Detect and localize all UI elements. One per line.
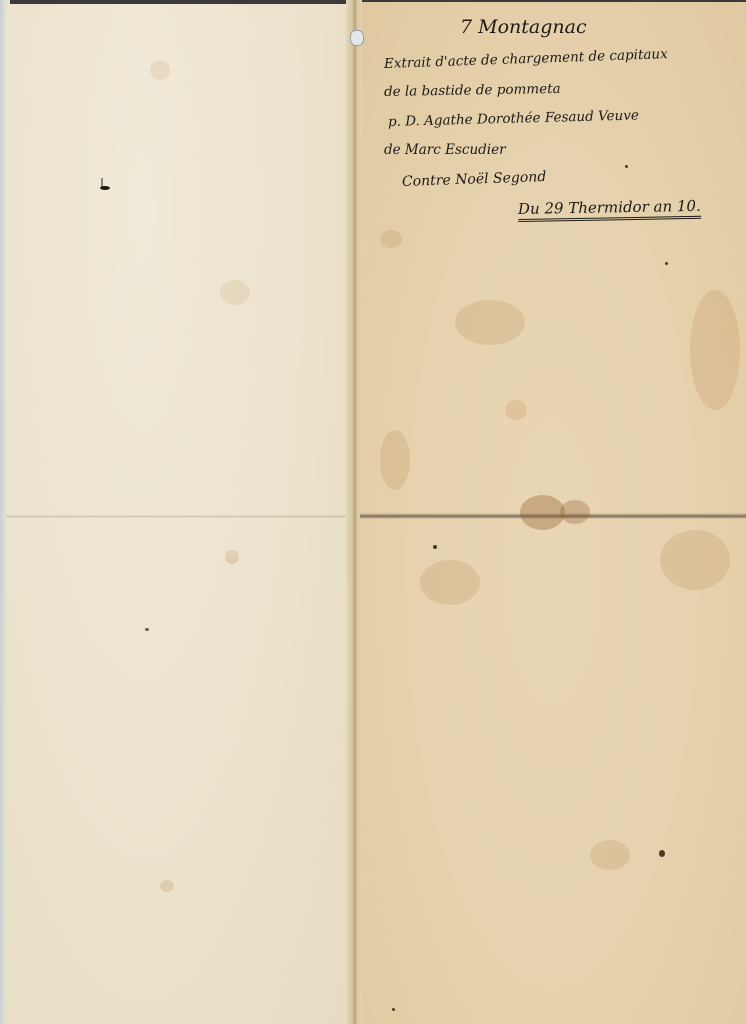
foxing-stain (380, 230, 402, 248)
paper-panel-left (6, 4, 346, 1024)
foxing-stain (220, 280, 250, 305)
handwritten-line: de Marc Escudier (384, 142, 506, 158)
foxing-stain (380, 430, 410, 490)
foxing-stain (150, 60, 170, 80)
handwritten-line: de la bastide de pommeta (384, 81, 561, 100)
foxing-stain (225, 550, 239, 564)
document-sheet: 7 Montagnac Extrait d'acte de chargement… (0, 0, 746, 1024)
ink-blot-mark (97, 178, 111, 192)
horizontal-fold-crease-left (6, 515, 346, 518)
handwritten-date: Du 29 Thermidor an 10. (518, 197, 701, 222)
foxing-stain (590, 840, 630, 870)
handwritten-title: 7 Montagnac (460, 16, 587, 38)
ink-speck (392, 1008, 395, 1011)
vertical-fold-crease (346, 0, 362, 1024)
foxing-stain (455, 300, 525, 345)
ink-speck (659, 850, 665, 857)
foxing-stain (505, 400, 527, 420)
paper-hole (350, 30, 364, 46)
foxing-stain (660, 530, 730, 590)
ink-speck (625, 165, 628, 168)
foxing-stain (520, 495, 565, 530)
foxing-stain (690, 290, 740, 410)
ink-speck (433, 545, 437, 549)
ink-speck (665, 262, 668, 265)
ink-speck (145, 628, 149, 631)
foxing-stain (420, 560, 480, 605)
foxing-stain (560, 500, 590, 524)
foxing-stain (160, 880, 174, 892)
